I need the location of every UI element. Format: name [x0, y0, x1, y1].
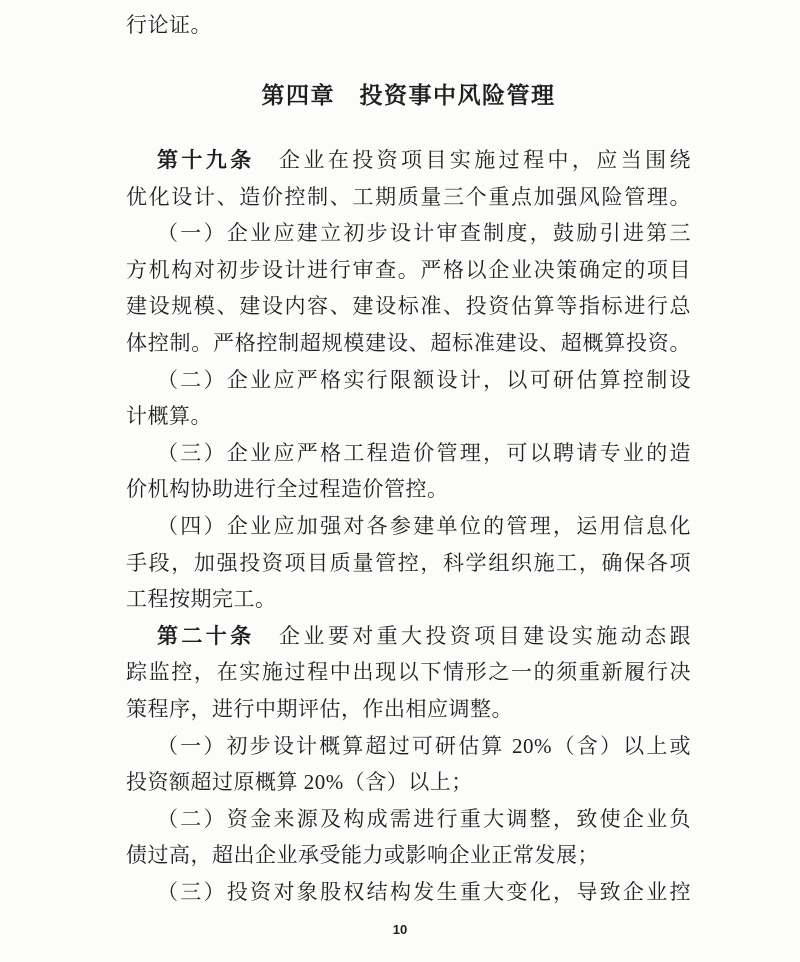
article-number-bold: 第十九条	[157, 149, 255, 172]
document-line: 策程序，进行中期评估，作出相应调整。	[126, 691, 691, 728]
document-line: 工程按期完工。	[126, 581, 691, 618]
document-line: 手段，加强投资项目质量管控，科学组织施工，确保各项	[126, 545, 691, 582]
document-line: （二）资金来源及构成需进行重大调整，致使企业负	[126, 801, 691, 838]
top-partial-line: 行论证。	[126, 7, 691, 44]
document-line: （二）企业应严格实行限额设计，以可研估算控制设	[126, 362, 691, 399]
body-lines: 第十九条 企业在投资项目实施过程中，应当围绕优化设计、造价控制、工期质量三个重点…	[126, 142, 691, 910]
document-line: （四）企业应加强对各参建单位的管理，运用信息化	[126, 508, 691, 545]
article-number-bold: 第二十条	[157, 625, 255, 648]
document-page: 行论证。 第四章 投资事中风险管理 第十九条 企业在投资项目实施过程中，应当围绕…	[0, 0, 800, 962]
document-line: 方机构对初步设计进行审查。严格以企业决策确定的项目	[126, 252, 691, 289]
document-line: 价机构协助进行全过程造价管控。	[126, 471, 691, 508]
document-line: 建设规模、建设内容、建设标准、投资估算等指标进行总	[126, 288, 691, 325]
document-line: （一）企业应建立初步设计审查制度，鼓励引进第三	[126, 215, 691, 252]
document-line: 投资额超过原概算 20%（含）以上；	[126, 764, 691, 801]
document-line: （三）企业应严格工程造价管理，可以聘请专业的造	[126, 435, 691, 472]
document-line: 踪监控，在实施过程中出现以下情形之一的须重新履行决	[126, 654, 691, 691]
document-line: （三）投资对象股权结构发生重大变化，导致企业控	[126, 874, 691, 911]
document-line: 体控制。严格控制超规模建设、超标准建设、超概算投资。	[126, 325, 691, 362]
document-line: 优化设计、造价控制、工期质量三个重点加强风险管理。	[126, 179, 691, 216]
document-line: 计概算。	[126, 398, 691, 435]
page-number: 10	[0, 921, 800, 939]
chapter-heading: 第四章 投资事中风险管理	[126, 77, 691, 114]
document-line: （一）初步设计概算超过可研估算 20%（含）以上或	[126, 728, 691, 765]
document-line: 第二十条 企业要对重大投资项目建设实施动态跟	[126, 618, 691, 655]
document-line: 债过高，超出企业承受能力或影响企业正常发展；	[126, 837, 691, 874]
document-line: 第十九条 企业在投资项目实施过程中，应当围绕	[126, 142, 691, 179]
